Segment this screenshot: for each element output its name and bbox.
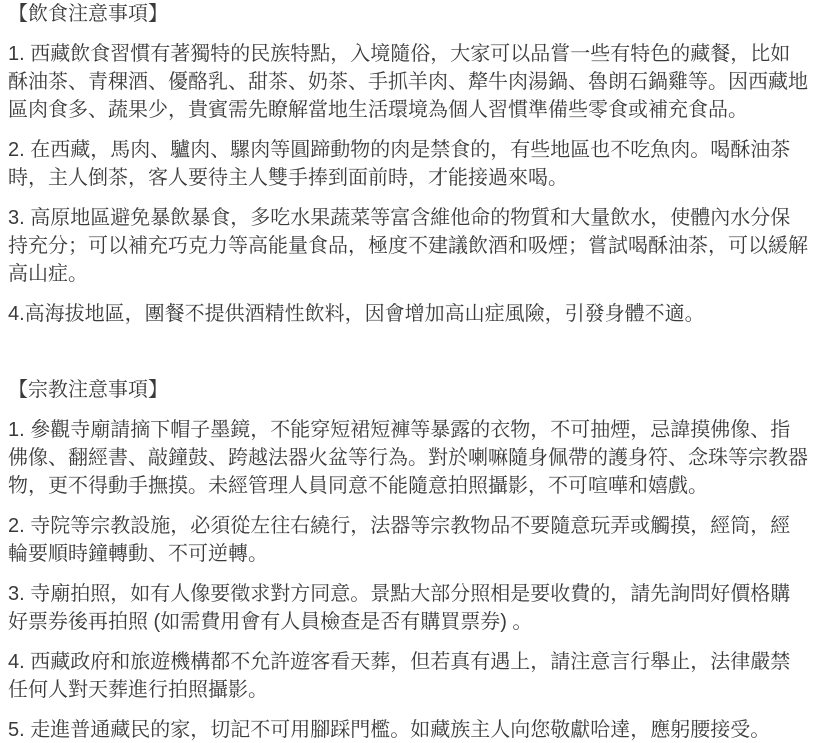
section-dietary-notes: 【飲食注意事項】 1. 西藏飲食習慣有著獨特的民族特點，入境隨俗，大家可以品嘗一… (8, 0, 808, 328)
dietary-note-2: 2. 在西藏，馬肉、驢肉、騾肉等圓蹄動物的肉是禁食的，有些地區也不吃魚肉。喝酥油… (8, 136, 808, 192)
religion-note-3: 3. 寺廟拍照，如有人像要徵求對方同意。景點大部分照相是要收費的，請先詢問好價格… (8, 580, 808, 636)
dietary-note-4: 4.高海拔地區，團餐不提供酒精性飲料，因會增加高山症風險，引發身體不適。 (8, 300, 808, 328)
religion-notes-heading: 【宗教注意事項】 (8, 376, 808, 404)
religion-note-2: 2. 寺院等宗教設施，必須從左往右繞行，法器等宗教物品不要隨意玩弄或觸摸，經筒，… (8, 512, 808, 568)
religion-note-4: 4. 西藏政府和旅遊機構都不允許遊客看天葬，但若真有遇上，請注意言行舉止，法律嚴… (8, 648, 808, 704)
religion-note-5: 5. 走進普通藏民的家，切記不可用腳踩門檻。如藏族主人向您敬獻哈達，應躬腰接受。 (8, 716, 808, 743)
dietary-notes-heading: 【飲食注意事項】 (8, 0, 808, 28)
dietary-note-1: 1. 西藏飲食習慣有著獨特的民族特點，入境隨俗，大家可以品嘗一些有特色的藏餐，比… (8, 40, 808, 124)
dietary-note-3: 3. 高原地區避免暴飲暴食，多吃水果蔬菜等富含維他命的物質和大量飲水，使體內水分… (8, 204, 808, 288)
religion-note-1: 1. 參觀寺廟請摘下帽子墨鏡，不能穿短裙短褲等暴露的衣物，不可抽煙，忌諱摸佛像、… (8, 416, 808, 500)
document-body: 【飲食注意事項】 1. 西藏飲食習慣有著獨特的民族特點，入境隨俗，大家可以品嘗一… (0, 0, 813, 743)
section-religion-notes: 【宗教注意事項】 1. 參觀寺廟請摘下帽子墨鏡，不能穿短裙短褲等暴露的衣物，不可… (8, 376, 808, 743)
